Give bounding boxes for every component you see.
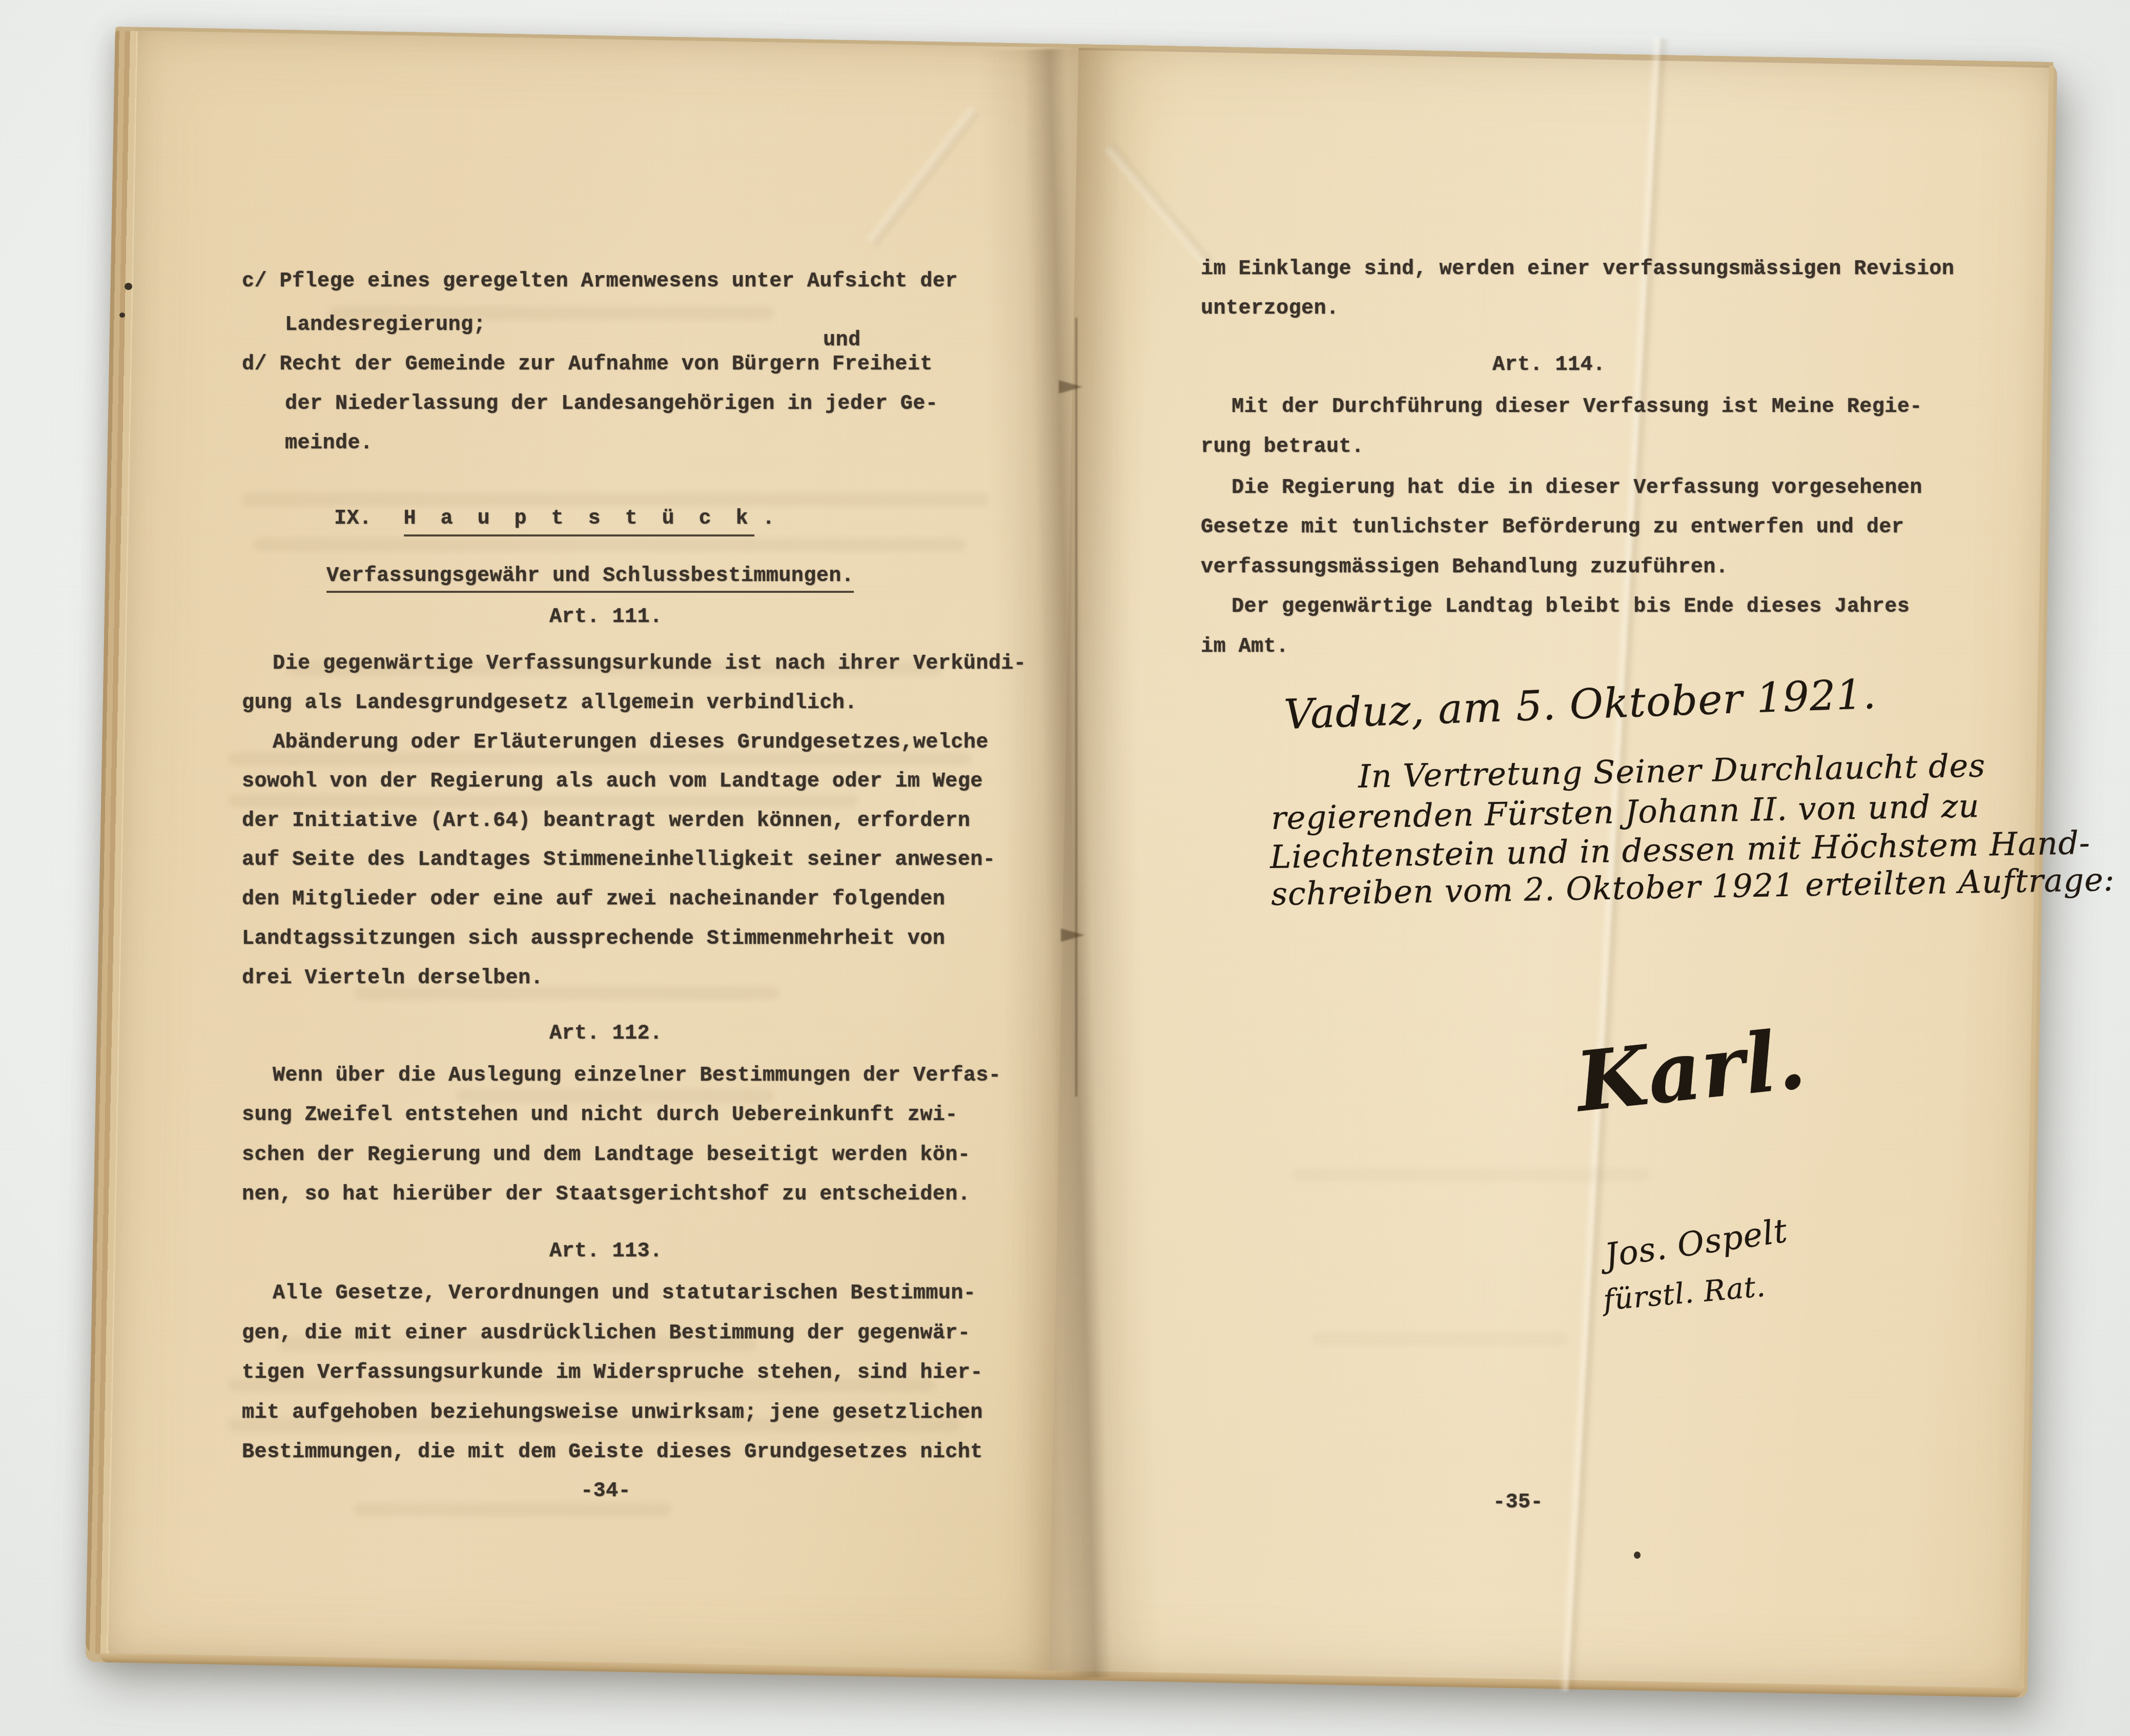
article-heading-111: Art. 111. (549, 607, 663, 628)
typed-line: Alle Gesetze, Verordnungen und statutari… (273, 1284, 976, 1304)
typed-line: mit aufgehoben beziehungsweise unwirksam… (242, 1403, 983, 1423)
typed-line: Die Regierung hat die in dieser Verfassu… (1232, 478, 1922, 499)
bleed-through-mark (354, 1503, 671, 1516)
binding-stitch-mark (1061, 928, 1084, 942)
typed-line-list-item-c: c/ Pflege eines geregelten Armenwesens u… (242, 272, 958, 292)
typed-line: im Einklange sind, werden einer verfassu… (1201, 259, 1954, 280)
article-heading-112: Art. 112. (549, 1024, 663, 1044)
typed-line: den Mitglieder oder eine auf zwei nachei… (242, 890, 945, 910)
bleed-through-mark (228, 794, 858, 808)
typed-line-list-item-d: d/ Recht der Gemeinde zur Aufnahme von B… (242, 355, 933, 375)
typed-line: schen der Regierung und dem Landtage bes… (242, 1145, 970, 1166)
bleed-through-mark (241, 493, 989, 506)
typed-line: der Initiative (Art.64) beantragt werden… (242, 811, 970, 832)
typed-line: Mit der Durchführung dieser Verfassung i… (1232, 397, 1922, 418)
ink-speck (1634, 1552, 1641, 1559)
article-heading-114: Art. 114. (1492, 355, 1606, 376)
typed-line: der Niederlassung der Landesangehörigen … (285, 394, 938, 415)
bleed-through-mark (254, 538, 966, 551)
page-number-34: -34- (581, 1481, 631, 1502)
interline-insertion-und: und (823, 330, 861, 351)
typed-line: rung betraut. (1201, 437, 1364, 458)
typed-line: Gesetze mit tunlichster Beförderung zu e… (1201, 518, 1904, 538)
section-heading: Verfassungsgewähr und Schlussbestimmunge… (326, 566, 854, 593)
typed-line: drei Vierteln derselben. (242, 968, 543, 989)
typed-line: meinde. (285, 433, 373, 454)
typed-line: Landtagssitzungen sich aussprechende Sti… (242, 929, 945, 949)
typed-line: gen, die mit einer ausdrücklichen Bestim… (242, 1324, 970, 1344)
typed-line: Wenn über die Auslegung einzelner Bestim… (273, 1066, 1001, 1086)
typed-line: Der gegenwärtige Landtag bleibt bis Ende… (1232, 597, 1910, 617)
typed-line: gung als Landesgrundgesetz allgemein ver… (242, 693, 857, 714)
typed-line: Bestimmungen, die mit dem Geiste dieses … (242, 1442, 983, 1463)
typed-line: Die gegenwärtige Verfassungsurkunde ist … (273, 654, 1026, 674)
page-number-35: -35- (1493, 1493, 1543, 1513)
article-heading-113: Art. 113. (549, 1242, 663, 1262)
chapter-numeral: IX. (334, 507, 372, 530)
ink-speck (125, 283, 132, 290)
ink-speck (119, 313, 125, 318)
scanned-document-spread: c/ Pflege eines geregelten Armenwesens u… (0, 0, 2130, 1736)
typed-line: Abänderung oder Erläuterungen dieses Gru… (273, 733, 989, 753)
typed-line: im Amt. (1201, 637, 1289, 657)
bleed-through-mark (1312, 1332, 1568, 1346)
chapter-title: H a u p t s t ü c k (404, 507, 754, 536)
typed-line: auf Seite des Landtages Stimmeneinhellig… (242, 850, 995, 871)
typed-line: sowohl von der Regierung als auch vom La… (242, 772, 983, 792)
gutter-fold-line (1075, 318, 1077, 1097)
bleed-through-mark (456, 1089, 774, 1103)
binding-stitch-mark (1059, 380, 1082, 394)
typed-line: verfassungsmässigen Behandlung zuzuführe… (1201, 557, 1728, 578)
typed-line: unterzogen. (1201, 299, 1339, 319)
typed-line: sung Zweifel entstehen und nicht durch U… (242, 1105, 958, 1126)
typed-line: Landesregierung; (285, 315, 486, 336)
typed-line: tigen Verfassungsurkunde im Widerspruche… (242, 1363, 983, 1383)
typed-line: nen, so hat hierüber der Staatsgerichtsh… (242, 1185, 970, 1205)
chapter-period: . (763, 507, 775, 530)
bleed-through-mark (1292, 1168, 1650, 1182)
chapter-heading: IX.H a u p t s t ü c k. (334, 509, 775, 529)
